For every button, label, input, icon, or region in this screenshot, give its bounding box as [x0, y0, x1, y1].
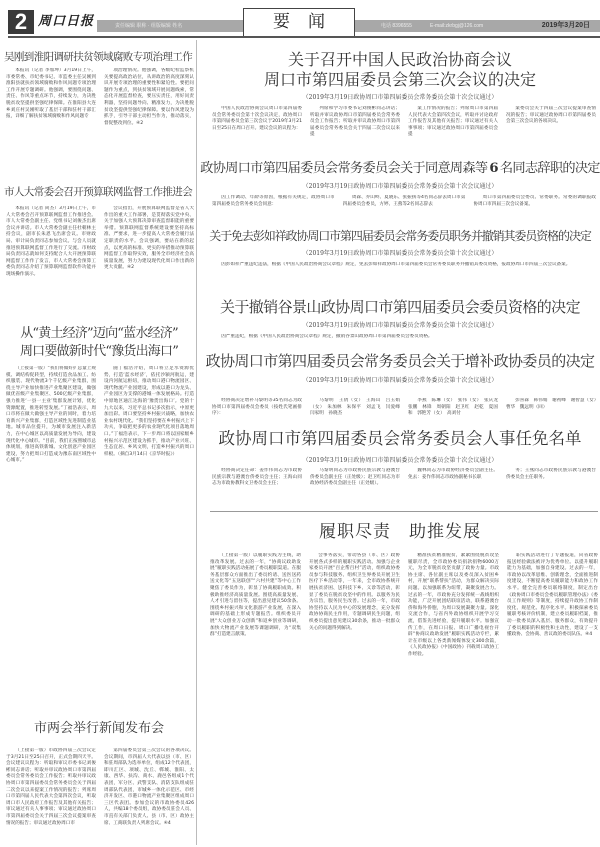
text-column: 随丁福浩介绍，周口将立足水资源优势，打造‘蓝水经济’，依托沙颍河航运，建设内河航…	[104, 366, 194, 696]
decision-headline: 政协周口市第四届委员会常务委员会人事任免名单	[200, 428, 600, 450]
decision-subtitle: （2019年3月19日政协周口市第四届委员会常务委员会第十次会议通过）	[200, 94, 600, 102]
text-column: （上接第一版）市政协四届三次会议定于3月21日至25日召开，正式会期四天半。会议…	[6, 748, 96, 844]
decision-subtitle: （2019年3月19日政协周口市第四届委员会常务委员会第十次会议通过）	[200, 457, 600, 465]
masthead: 2 周口日报 责任编辑 职称 · 组版编辑 姓名 要闻 电话 8396555 E…	[0, 0, 600, 38]
text-column: 周口市第四届委员会委员、常委职务。常委的调职报政协周口市四届三次会议备案。	[473, 195, 596, 209]
text-column: 项治理情况。他强调，各级纪检监察机关要提高政治站位，从讲政治的高度深刻认识开展专…	[104, 68, 194, 150]
text-column: 会议指出，开展预算联网监督是省人大作出的重大工作部署，是贯彻落实党中央、关于加强…	[104, 206, 194, 310]
text-column: 魏林同志为市政协经济委员会副主任。免去：姜作伟同志市政协副秘书长职	[408, 468, 498, 490]
text-column: 精准扶贫精准脱贫，紧紧围绕脱贫攻坚履职尽责，全市政协委员捐款捐物6000万元，为…	[408, 553, 499, 845]
feature-body: （上接第一版）以履职实践为主线，助推改革发展。过去的一年，“协商议政助发展”履职…	[210, 553, 598, 845]
feature-headline: 履职尽责 助推发展	[200, 520, 600, 544]
section-title: 要闻	[243, 8, 355, 36]
section-divider	[210, 511, 598, 512]
decision-body: 经协商决定增补马黎明等35名同志为政协周口市第四届委员会委员（按姓氏笔画排序）：…	[212, 398, 596, 420]
info-bar: 电话 8396555 E-mail:zkrbgj@126.com 2019年3月…	[355, 20, 600, 32]
text-column: 案工作情况的报告；列席周口市第四届人民代表大会第四次会议，听取并讨论政府工作报告…	[408, 106, 498, 140]
text-column: （上接第一版）以履职实践为主线，助推改革发展。过去的一年，“协商议政助发展”履职…	[210, 553, 301, 845]
issue-date: 2019年3月20日	[542, 20, 590, 32]
decision-body: 中国人民政治协商会议周口市第四届委员会常务委员会第十次会议决定，政协周口市第四届…	[212, 106, 596, 140]
name-list-column: 马黎明 王倩（女） 王海山 吕玉娟（女） 朱加林 朱保平 刘孟飞 闫爱峰 闫家明…	[310, 398, 400, 420]
decision-headline-suffix: 名同志辞职的决定	[500, 161, 600, 176]
article-body: （上接第一版）“我们将做好扩总量上规模、调结构促转型，持续打造食品加工、纺织服装…	[6, 366, 194, 696]
decision-headline-prefix: 政协周口市第四届委员会常务委员会关于同意周森等	[200, 161, 487, 176]
text-column: （上接第一版）“我们将做好扩总量上规模、调结构促转型，持续打造食品加工、纺织服装…	[6, 366, 96, 696]
text-column: 第四届委员会第三次会议的各项决议。会议期间，市四届人大代表以县（市、区）和驻周部…	[104, 748, 194, 844]
decision-subtitle: （2019年3月19日政协周口市第四届委员会常务委员会第十次会议通过）	[200, 250, 600, 258]
article-headline: 市两会举行新闻发布会	[4, 720, 194, 738]
hotline-text: 电话 8396555	[381, 20, 412, 32]
article-body: 本报讯（记者 李加坤）3月19日上午，市委常委、市纪委书记、市监委主任吴刚到淮阳…	[6, 68, 194, 150]
text-column: 案委员会关于四届三次会议提案审查情况的报告；审议通过政协周口市第四届委员会第三次…	[506, 106, 596, 140]
email-text: E-mail:zkrbgj@126.com	[430, 20, 483, 32]
article-headline-line1: 从“黄土经济”迈向“蓝水经济”	[4, 326, 194, 342]
article-headline-line2: 周口要做新时代“豫货出海口”	[4, 344, 194, 360]
text-column: 本报讯（记者 尚杰）3月19日上午，市人大常委会召开预算联网监督工作推进会。市人…	[6, 206, 96, 310]
column-divider	[196, 40, 197, 845]
text-column: 务；王燕同志市政协民族宗教与港澳台侨委员会主任职务。	[506, 468, 596, 490]
article-headline: 吴刚到淮阳调研扶贫领域腐败专项治理工作	[4, 50, 194, 64]
decision-headline-line1: 关于召开中国人民政治协商会议	[200, 50, 600, 70]
article-body: （上接第一版）市政协四届三次会议定于3月21日至25日召开，正式会期四天半。会议…	[6, 748, 194, 844]
paper-name-logo: 周口日报	[38, 12, 94, 32]
text-column: 中国人民政治协商会议周口市第四届委员会常务委员会第十次会议决定，政协周口市第四届…	[212, 106, 302, 140]
name-list-column: 李燕 陈琳（女） 张伟（女） 张庆龙 张鹏 林锋 周朝阳 赵卫红 赵乾 夏国和 …	[408, 398, 498, 420]
decision-headline-line2: 周口市第四届委员会第三次会议的决定	[200, 70, 600, 90]
decision-subtitle: （2019年3月19日政协周口市第四届委员会常务委员会第十次会议通过）	[200, 377, 600, 385]
text-column: 经协商决定增补马黎明等35名同志为政协周口市第四届委员会委员（按姓氏笔画排序）：	[212, 398, 302, 420]
page-number: 2	[8, 10, 34, 34]
decision-headline-number: 6	[489, 161, 497, 176]
decision-body: 经协商决定任命：姜作伟同志为市政协民族宗教与港澳台侨委员会主任；王海山同志为市政…	[212, 468, 596, 490]
text-column: 马黎明同志为市政协民族宗教与港澳台侨委员会副主任（正处级）；赵卫红同志为市政协经…	[310, 468, 400, 490]
decision-headline: 关于免去彭如祥政协周口市第四届委员会常务委员职务并撤销其委员资格的决定	[200, 227, 600, 245]
decision-headline: 政协周口市第四届委员会常务委员会关于增补政协委员的决定	[200, 351, 600, 371]
text-column: 经协商决定任命：姜作伟同志为市政协民族宗教与港澳台侨委员会主任；王海山同志为市政…	[212, 468, 302, 490]
text-column: 周森、乔山岭、夏晓东、张振援等4名同志辞去周口市第四届委员会委员，方婷、王燕等2…	[343, 195, 466, 209]
decision-subtitle: （2019年3月19日政协周口市第四届委员会常务委员会第十次会议通过）	[200, 183, 600, 191]
masthead-rule	[8, 36, 600, 38]
decision-subtitle: （2019年3月19日政协周口市第四届委员会常务委员会第十次会议通过）	[200, 322, 600, 330]
text-column: 职实践活动进行了专题报道，向省政协报送经验做法被评为优秀单位。以提升履职能力为基…	[507, 553, 598, 845]
article-headline: 市人大常委会召开预算联网监督工作推进会	[4, 185, 194, 199]
name-list-column: 彭喜森 韩伟娟 谢初峰 谢智慧（女） 曹华 魏远明（回）	[506, 398, 596, 420]
decision-headline: 关于撤销谷景山政协周口市第四届委员会委员资格的决定	[200, 297, 600, 317]
article-body: 本报讯（记者 尚杰）3月19日上午，市人大常委会召开预算联网监督工作推进会。市人…	[6, 206, 194, 310]
text-column: 会事务落实，带动各县（市、区）政协开展各式多样的履职实践活动。加强与企业家委员开…	[309, 553, 400, 845]
editors-bar: 责任编辑 职称 · 组版编辑 姓名	[97, 20, 243, 32]
text-column: 因工作调动、年龄等原因，根据有关规定，政协周口市第四届委员会常务委员会同意：	[212, 195, 335, 209]
decision-body: 因彭如祥严重违纪违法，根据《中国人民政治协商会议章程》规定，免去彭如祥政协周口市…	[212, 262, 596, 276]
text-column: 本报讯（记者 李加坤）3月19日上午，市委常委、市纪委书记、市监委主任吴刚到淮阳…	[6, 68, 96, 150]
text-column: 列席和学习市委书记刘俊彬同志讲话；听取并审议政协周口市第四届委员会常务委员会工作…	[310, 106, 400, 140]
decision-headline: 政协周口市第四届委员会常务委员会关于同意周森等6名同志辞职的决定	[200, 160, 600, 178]
decision-body: 因工作调动、年龄等原因，根据有关规定，政协周口市第四届委员会常务委员会同意： 周…	[212, 195, 596, 209]
decision-body: 因严重违纪，根据《中国人民政治协商会议章程》规定，撤销谷景山政协周口市第四届委员…	[212, 334, 596, 342]
